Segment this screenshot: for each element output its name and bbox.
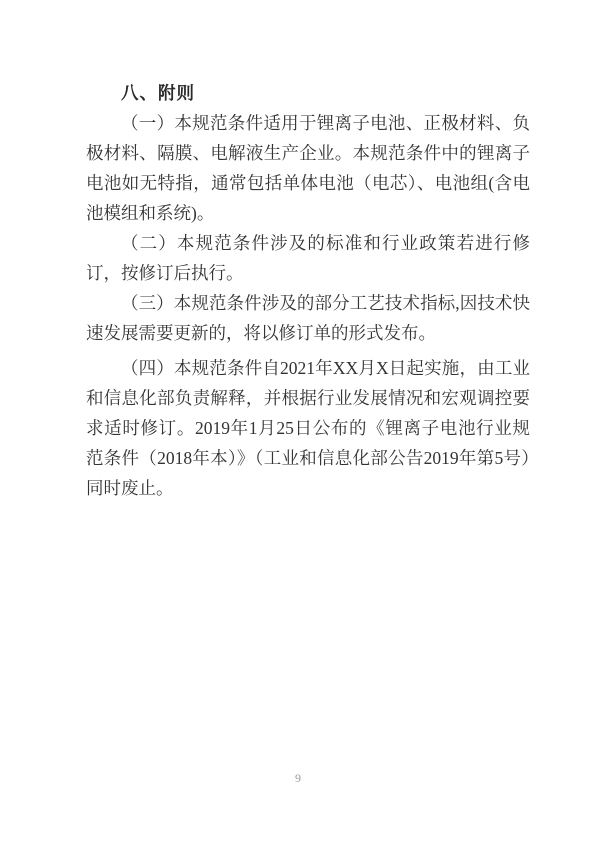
- paragraph-3: （三）本规范条件涉及的部分工艺技术指标,因技术快速发展需要更新的，将以修订单的形…: [86, 288, 530, 348]
- section-heading: 八、附则: [86, 78, 530, 108]
- paragraph-4: （四）本规范条件自2021年XX月X日起实施，由工业和信息化部负责解释，并根据行…: [86, 353, 530, 503]
- paragraph-1: （一）本规范条件适用于锂离子电池、正极材料、负极材料、隔膜、电解液生产企业。本规…: [86, 108, 530, 228]
- document-page: 八、附则 （一）本规范条件适用于锂离子电池、正极材料、负极材料、隔膜、电解液生产…: [0, 0, 596, 842]
- page-number: 9: [0, 771, 596, 786]
- document-content: 八、附则 （一）本规范条件适用于锂离子电池、正极材料、负极材料、隔膜、电解液生产…: [86, 78, 530, 503]
- paragraph-2: （二）本规范条件涉及的标准和行业政策若进行修订，按修订后执行。: [86, 228, 530, 288]
